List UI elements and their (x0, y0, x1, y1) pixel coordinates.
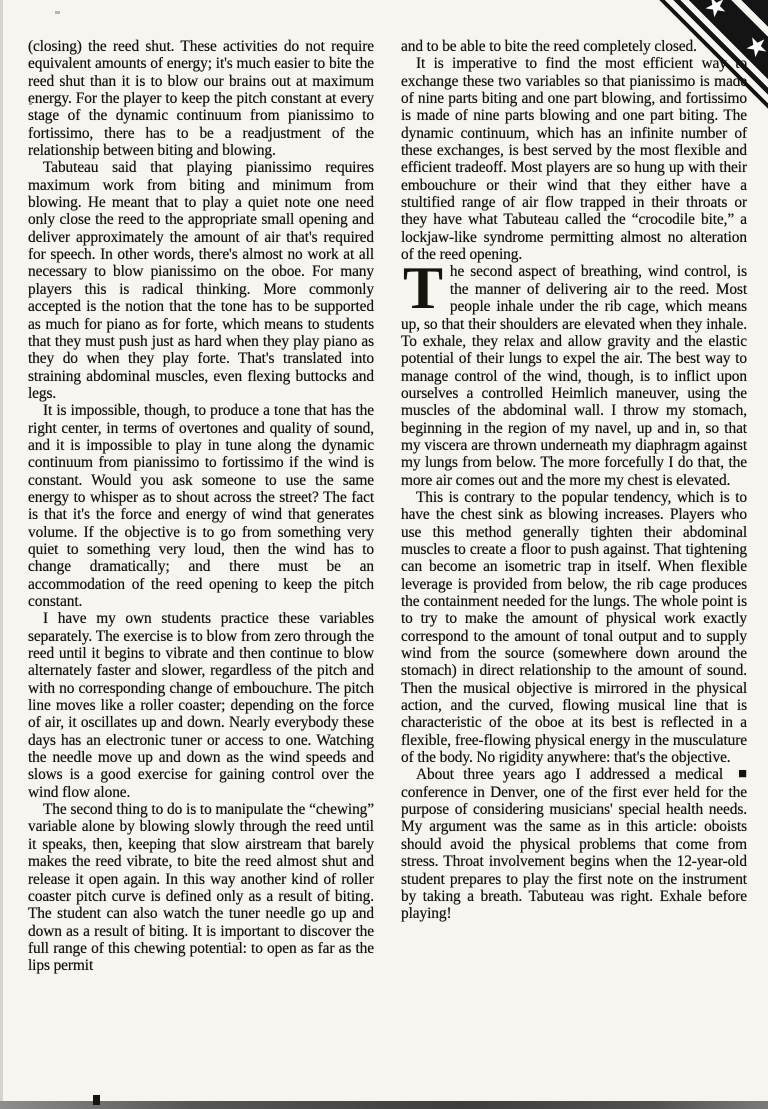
paragraph-continuation: and to be able to bite the reed complete… (401, 38, 747, 55)
drop-cap: T (401, 263, 450, 311)
paragraph: It is impossible, though, to produce a t… (28, 402, 374, 610)
paragraph-last: ■About three years ago I addressed a med… (401, 766, 747, 922)
article-body: (closing) the reed shut. These activitie… (28, 38, 747, 975)
paragraph: The second thing to do is to manipulate … (28, 801, 374, 974)
paragraph: It is imperative to find the most effici… (401, 55, 747, 263)
paragraph-text: About three years ago I addressed a medi… (401, 766, 747, 922)
scan-mark (93, 1095, 100, 1105)
left-column: (closing) the reed shut. These activitie… (28, 38, 374, 975)
right-column: and to be able to bite the reed complete… (401, 38, 747, 975)
scan-speck (29, 102, 32, 105)
paragraph: Tabuteau said that playing pianissimo re… (28, 159, 374, 402)
scan-speck (55, 11, 60, 14)
paragraph: This is contrary to the popular tendency… (401, 489, 747, 767)
end-of-article-mark: ■ (723, 766, 747, 783)
paragraph-text: he second aspect of breathing, wind cont… (401, 263, 747, 488)
scan-edge-left (0, 0, 3, 1109)
paragraph: I have my own students practice these va… (28, 610, 374, 801)
star-icon: ★ (698, 0, 733, 24)
paragraph-with-dropcap: The second aspect of breathing, wind con… (401, 263, 747, 488)
magazine-page: ★ ★ ★ (closing) the reed shut. These act… (0, 0, 768, 1109)
scan-edge-bottom (0, 1101, 768, 1109)
paragraph-continuation: (closing) the reed shut. These activitie… (28, 38, 374, 159)
